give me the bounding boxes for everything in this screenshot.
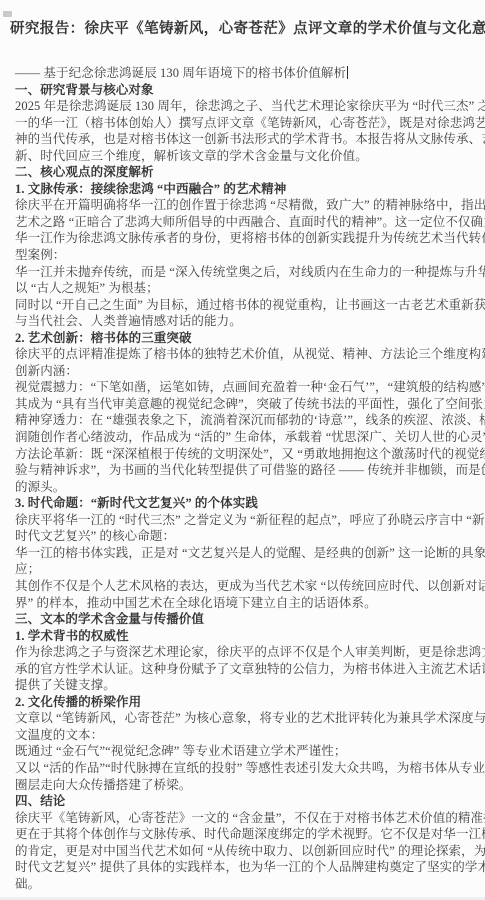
text-line: 一的华一江（榕书体创始人）撰写点评文章《笔铸新风，心寄苍茫》，既是对徐悲鸿艺术精 bbox=[15, 115, 475, 132]
text-line: 应； bbox=[15, 561, 475, 578]
text-line: 更在于其将个体创作与文脉传承、时代命题深度绑定的学术视野。它不仅是对华一江榕书体 bbox=[15, 826, 475, 843]
text-line: 型案例： bbox=[15, 247, 475, 264]
document-page: 研究报告：徐庆平《笔铸新风，心寄苍茫》点评文章的学术价值与文化意义 —— 基于纪… bbox=[0, 0, 485, 900]
heading-line: 1. 学术背书的权威性 bbox=[15, 628, 475, 645]
text-line: 又以 “活的作品”“时代脉搏在宣纸的投射” 等感性表述引发大众共鸣，为榕书体从专… bbox=[15, 760, 475, 777]
text-line: 徐庆平在开篇明确将华一江的创作置于徐悲鸿 “尽精微，致广大” 的精神脉络中，指出… bbox=[15, 197, 475, 214]
text-line: 的肯定，更是对中国当代艺术如何 “从传统中取力、以创新回应时代” 的理论探索，为… bbox=[15, 843, 475, 860]
text-line: 徐庆平将华一江的 “时代三杰” 之誉定义为 “新征程的起点”，呼应了孙晓云序言中… bbox=[15, 512, 475, 529]
text-line: 其成为 “具有当代审美意趣的视觉纪念碑”，突破了传统书法的平面性，强化了空间张力… bbox=[15, 396, 475, 413]
text-cursor bbox=[347, 66, 348, 79]
text-line: 既通过 “金石气”“视觉纪念碑” 等专业术语建立学术严谨性； bbox=[15, 743, 475, 760]
heading-line: 3. 时代命题：“新时代文艺复兴” 的个体实践 bbox=[15, 495, 475, 512]
text-line: 界” 的样本，推动中国艺术在全球化语境下建立自主的话语体系。 bbox=[15, 595, 475, 612]
document-title: 研究报告：徐庆平《笔铸新风，心寄苍茫》点评文章的学术价值与文化意义 bbox=[10, 20, 475, 39]
text-line: 文温度的文本： bbox=[15, 727, 475, 744]
heading-line: 二、核心观点的深度解析 bbox=[15, 164, 475, 181]
text-line: 承的官方性学术认证。这种身份赋予了文章独特的公信力，为榕书体进入主流艺术话语体系 bbox=[15, 661, 475, 678]
screen-artifact bbox=[3, 11, 12, 17]
heading-line: 四、结论 bbox=[15, 793, 475, 810]
heading-line: 2. 文化传播的桥梁作用 bbox=[15, 694, 475, 711]
text-line: 以 “古人之规矩” 为根基； bbox=[15, 280, 475, 297]
heading-line: 三、文本的学术含金量与传播价值 bbox=[15, 611, 475, 628]
text-line: 文章以 “笔铸新风，心寄苍茫” 为核心意象，将专业的艺术批评转化为兼具学术深度与… bbox=[15, 710, 475, 727]
text-line: 方法论革新：既 “深深植根于传统的文明深处”，又 “勇敢地拥抱这个激荡时代的视觉… bbox=[15, 446, 475, 463]
text-line: 徐庆平《笔铸新风，心寄苍茫》一文的 “含金量”，不仅在于对榕书体艺术价值的精准提… bbox=[15, 810, 475, 827]
heading-line: 2. 艺术创新：榕书体的三重突破 bbox=[15, 330, 475, 347]
text-line: 润随创作者心绪波动，作品成为 “活的” 生命体，承载着 “忧思深广、关切人世的心… bbox=[15, 429, 475, 446]
text-line: 艺术之路 “正暗合了悲鸿大师所倡导的中西融合、直面时代的精神”。这一定位不仅确立… bbox=[15, 214, 475, 231]
document-body[interactable]: —— 基于纪念徐悲鸿诞辰 130 周年语境下的榕书体价值解析一、研究背景与核心对… bbox=[15, 65, 475, 892]
heading-line: 1. 文脉传承：接续徐悲鸿 “中西融合” 的艺术精神 bbox=[15, 181, 475, 198]
text-line: 华一江作为徐悲鸿文脉传承者的身份，更将榕书体的创新实践提升为传统艺术当代转化的典 bbox=[15, 230, 475, 247]
text-line: 与当代社会、人类普遍情感对话的能力。 bbox=[15, 313, 475, 330]
heading-line: 一、研究背景与核心对象 bbox=[15, 82, 475, 99]
text-line: 的源头。 bbox=[15, 479, 475, 496]
text-line: 时代文艺复兴” 的核心命题： bbox=[15, 528, 475, 545]
text-line: 徐庆平的点评精准提炼了榕书体的独特艺术价值，从视觉、精神、方法论三个维度构建了其 bbox=[15, 346, 475, 363]
text-line: 创新内涵： bbox=[15, 363, 475, 380]
text-line: 2025 年是徐悲鸿诞辰 130 周年，徐悲鸿之子、当代艺术理论家徐庆平为 “时… bbox=[15, 98, 475, 115]
text-line: 新、时代回应三个维度，解析该文章的学术含金量与文化价值。 bbox=[15, 148, 475, 165]
text-line: —— 基于纪念徐悲鸿诞辰 130 周年语境下的榕书体价值解析 bbox=[15, 65, 475, 82]
text-line: 精神穿透力：在 “雄强表象之下，流淌着深沉而郁勃的‘诗意’”，线条的疾涩、浓淡、… bbox=[15, 412, 475, 429]
text-line: 圈层走向大众传播搭建了桥梁。 bbox=[15, 777, 475, 794]
text-line: 视觉震撼力：“下笔如凿，运笔如铸，点画间充盈着一种‘金石气’”，“建筑般的结构感… bbox=[15, 379, 475, 396]
text-line: 华一江的榕书体实践，正是对 “文艺复兴是人的觉醒、是经典的创新” 这一论断的具象… bbox=[15, 545, 475, 562]
text-line: 提供了关键支撑。 bbox=[15, 677, 475, 694]
text-line: 其创作不仅是个人艺术风格的表达，更成为当代艺术家 “以传统回应时代、以创新对话世 bbox=[15, 578, 475, 595]
text-line: 础。 bbox=[15, 876, 475, 893]
text-line: 验与精神诉求”，为书画的当代化转型提供了可借鉴的路径 —— 传统并非枷锁，而是创… bbox=[15, 462, 475, 479]
text-line: 作为徐悲鸿之子与资深艺术理论家，徐庆平的点评不仅是个人审美判断，更是徐悲鸿文脉传 bbox=[15, 644, 475, 661]
text-line: 时代文艺复兴” 提供了具体的实践样本，也为华一江的个人品牌建构奠定了坚实的学术基 bbox=[15, 859, 475, 876]
text-line: 同时以 “开自己之生面” 为目标，通过榕书体的视觉重构，让书画这一古老艺术重新获… bbox=[15, 297, 475, 314]
text-line: 华一江并未抛弃传统，而是 “深入传统堂奥之后，对线质内在生命力的一种提炼与升华”… bbox=[15, 264, 475, 281]
text-line: 神的当代传承，也是对榕书体这一创新书法形式的学术背书。本报告将从文脉传承、艺术创 bbox=[15, 131, 475, 148]
